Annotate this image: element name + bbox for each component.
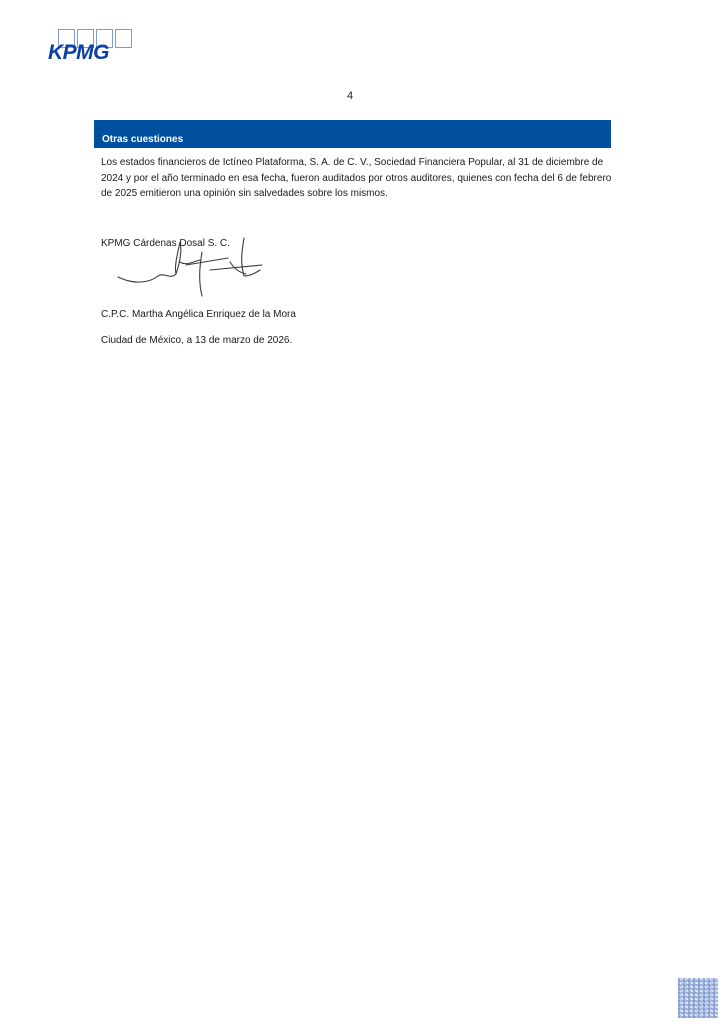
other-matters-paragraph: Los estados financieros de Ictíneo Plata…: [101, 155, 613, 202]
logo-box: [115, 29, 132, 48]
qr-code-icon: [678, 978, 718, 1018]
signer-name: C.P.C. Martha Angélica Enriquez de la Mo…: [101, 309, 296, 320]
section-title: Otras cuestiones: [102, 134, 183, 145]
signature-icon: [110, 232, 280, 304]
kpmg-logo: KPMG: [48, 29, 136, 63]
place-and-date: Ciudad de México, a 13 de marzo de 2026.: [101, 335, 292, 346]
page-number: 4: [0, 90, 700, 102]
logo-wordmark: KPMG: [48, 41, 109, 65]
section-header-bar: Otras cuestiones: [94, 120, 611, 148]
